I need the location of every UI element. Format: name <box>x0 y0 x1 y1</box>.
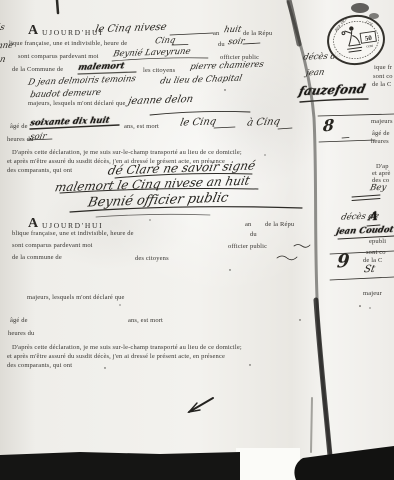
printed-closing-line: D'après cette déclaration, je me suis su… <box>12 149 242 156</box>
printed-fragment: et aprè <box>372 170 391 177</box>
printed-line: sont comparus pardevant moi <box>12 242 93 249</box>
handwritten-evening: soir <box>227 38 245 48</box>
printed-officier-public: officier public <box>228 243 267 250</box>
stamp-rim-text: REP. FRA <box>334 16 349 32</box>
printed-an: an <box>245 221 251 228</box>
printed-closing-line: des comparants, qui ont <box>7 362 72 369</box>
pen-slash-mark <box>189 398 213 412</box>
printed-du: du <box>250 231 257 238</box>
printed-du: du <box>218 41 225 48</box>
printed-closing-line: et après m'être assuré du susdit décès, … <box>7 353 225 360</box>
printed-closing-line: D'après cette déclaration, je me suis su… <box>12 344 242 351</box>
printed-fragment: ique fr <box>374 64 392 71</box>
printed-line: de la Commune de <box>12 66 63 73</box>
margin-note-name: jean Coudot <box>335 226 394 237</box>
printed-fragment: D'ap <box>376 163 389 170</box>
printed-line: majeurs, lesquels m'ont déclaré que <box>27 294 125 301</box>
officer-signature: Beynié officier public <box>87 192 230 210</box>
printed-republique: de la Répu <box>243 30 272 37</box>
margin-note-fragment: és <box>0 24 5 33</box>
printed-des-citoyens: des citoyens <box>135 255 169 262</box>
handwritten-hour: Cinq <box>154 37 176 47</box>
stamp-value-box <box>360 31 376 43</box>
stamp-rim-text: COL <box>365 19 375 28</box>
printed-fragment: de la C <box>372 81 391 88</box>
printed-line: sont comparus pardevant moi <box>18 53 99 60</box>
printed-fragment: âgé de <box>372 130 390 137</box>
printed-fragment: sont co <box>366 249 386 256</box>
printed-fragment: sont co <box>373 73 393 80</box>
drop-cap: A <box>28 24 38 37</box>
printed-an: an <box>213 30 219 37</box>
printed-est-mort: ans, est mort <box>124 123 159 130</box>
printed-line: majeurs, lesquels m'ont déclaré que <box>28 100 126 107</box>
handwritten-date: le Cinq nivese <box>94 23 168 36</box>
drop-cap: A <box>28 217 38 230</box>
handwritten-soir: soir <box>29 133 47 143</box>
printed-age-label: âgé de <box>10 123 28 130</box>
stamp-unit: cent <box>366 43 374 49</box>
handwritten-age: soixante dix huit <box>29 117 110 129</box>
act-number-9: 9 <box>336 254 350 271</box>
handwritten-death-hour: à Cinq <box>246 117 281 128</box>
handwritten-commune: malemort <box>77 62 125 73</box>
act-number-8: 8 <box>322 118 334 135</box>
handwritten-deceased-name: jeanne delon <box>127 95 194 107</box>
printed-fragment: majeurs <box>371 118 393 125</box>
handwritten-witness-line: baudot demeure <box>29 89 102 101</box>
handwritten-place: du lieu de Chapital <box>159 75 243 87</box>
printed-line: lique française, une et indivisible, heu… <box>9 40 127 47</box>
printed-est-mort: ans, est mort <box>128 317 163 324</box>
handwriting-fragment: St <box>363 265 376 275</box>
printed-heures-du: heures du <box>8 330 34 337</box>
handwritten-officer-name: Beynié Laveyrune <box>112 48 191 60</box>
printed-fragment: majeur <box>363 290 382 297</box>
scan-background-band <box>0 446 394 480</box>
margin-note-deces: décès de <box>302 52 342 62</box>
printed-republique: de la Répu <box>265 221 294 228</box>
printed-closing-line: des comparants, qui ont <box>7 167 72 174</box>
handwritten-death-day: le Cinq <box>179 117 217 128</box>
printed-line: de la commune de <box>12 254 62 261</box>
printed-les-citoyens: les citoyens <box>143 67 175 74</box>
signature-fragment: Bey <box>369 184 387 194</box>
printed-age-label: âgé de <box>10 317 28 324</box>
handwritten-witness-name: pierre chamieres <box>189 61 265 73</box>
revenue-stamp: REP. FRA COL 50 cent <box>325 13 389 71</box>
printed-line: blique française, une et indivisible, he… <box>12 230 134 237</box>
printed-fragment: heures <box>371 138 389 145</box>
margin-note-surname: fauzefond <box>298 83 367 97</box>
handwritten-year: huit <box>223 26 242 36</box>
printed-fragment: epubli <box>369 238 386 245</box>
printed-aujourdhui: UJOURD'HUI <box>42 222 103 229</box>
book-fold-shadow <box>288 0 379 478</box>
stamp-value: 50 <box>364 34 373 43</box>
seated-figure-icon <box>341 25 362 52</box>
margin-note-fragment: lon <box>0 56 6 66</box>
handwritten-witness-line: D jean delmoiris temoins <box>27 75 136 88</box>
margin-note-name: jean <box>305 69 325 79</box>
register-scan: és enne lon A UJOURD'HUI le Cinq nivese … <box>0 0 394 480</box>
